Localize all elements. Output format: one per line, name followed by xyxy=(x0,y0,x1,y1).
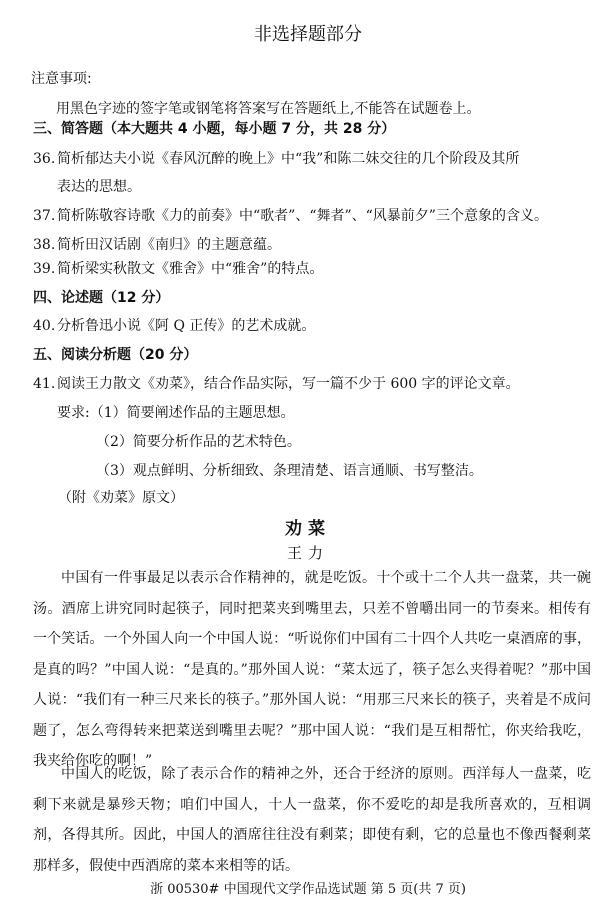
section-heading-reading: 五、阅读分析题（20 分） xyxy=(33,344,197,364)
question-40: 40.分析鲁迅小说《阿 Q 正传》的艺术成就。 xyxy=(33,315,315,335)
requirement-item: （1）简要阐述作品的主题思想。 xyxy=(90,405,295,421)
section-heading-essay: 四、论述题（12 分） xyxy=(33,287,169,307)
question-number: 38. xyxy=(33,237,57,253)
question-text: 简析田汉话剧《南归》的主题意蕴。 xyxy=(57,237,281,253)
essay-paragraph: 中国人的吃饭，除了表示合作的精神之外，还合于经济的原则。西洋每人一盘菜，吃剩下来… xyxy=(33,759,591,881)
essay-author: 王力 xyxy=(0,542,616,563)
notice-label: 注意事项: xyxy=(31,68,92,88)
question-36-continuation: 表达的思想。 xyxy=(57,176,141,196)
question-41: 41.阅读王力散文《劝菜》，结合作品实际，写一篇不少于 600 字的评论文章。 xyxy=(33,373,520,393)
requirements-row-1: 要求:（1）简要阐述作品的主题思想。 xyxy=(57,402,295,422)
essay-title: 劝菜 xyxy=(0,514,616,539)
question-number: 40. xyxy=(33,318,57,334)
section-heading-short-answer: 三、简答题（本大题共 4 小题，每小题 7 分，共 28 分） xyxy=(33,118,395,138)
question-number: 36. xyxy=(33,151,57,167)
question-37: 37.简析陈敬容诗歌《力的前奏》中“歌者”、“舞者”、“风暴前夕”三个意象的含义… xyxy=(33,205,548,225)
attachment-note: （附《劝菜》原文） xyxy=(58,487,184,507)
question-38: 38.简析田汉话剧《南归》的主题意蕴。 xyxy=(33,234,281,254)
question-text: 分析鲁迅小说《阿 Q 正传》的艺术成就。 xyxy=(57,318,315,334)
question-number: 37. xyxy=(33,208,57,224)
page-title: 非选择题部分 xyxy=(0,20,616,46)
requirement-item: （3）观点鲜明、分析细致、条理清楚、语言通顺、书写整洁。 xyxy=(96,460,483,480)
requirements-label: 要求: xyxy=(57,405,90,421)
question-36: 36.简析郁达夫小说《春风沉醉的晚上》中“我”和陈二妹交往的几个阶段及其所 xyxy=(33,148,519,168)
question-number: 39. xyxy=(33,261,57,277)
question-text: 简析陈敬容诗歌《力的前奏》中“歌者”、“舞者”、“风暴前夕”三个意象的含义。 xyxy=(57,208,548,224)
question-39: 39.简析梁实秋散文《雅舍》中“雅舍”的特点。 xyxy=(33,258,323,278)
requirement-item: （2）简要分析作品的艺术特色。 xyxy=(96,431,301,451)
question-text: 阅读王力散文《劝菜》，结合作品实际，写一篇不少于 600 字的评论文章。 xyxy=(57,376,520,392)
page-footer: 浙 00530# 中国现代文学作品选试题 第 5 页(共 7 页) xyxy=(0,878,616,897)
question-text: 简析梁实秋散文《雅舍》中“雅舍”的特点。 xyxy=(57,261,323,277)
question-number: 41. xyxy=(33,376,57,392)
notice-text: 用黑色字迹的签字笔或钢笔将答案写在答题纸上,不能答在试题卷上。 xyxy=(56,98,480,118)
question-text: 简析郁达夫小说《春风沉醉的晚上》中“我”和陈二妹交往的几个阶段及其所 xyxy=(57,151,519,167)
essay-paragraph: 中国有一件事最足以表示合作精神的，就是吃饭。十个或十二个人共一盘菜，共一碗汤。酒… xyxy=(33,563,591,777)
